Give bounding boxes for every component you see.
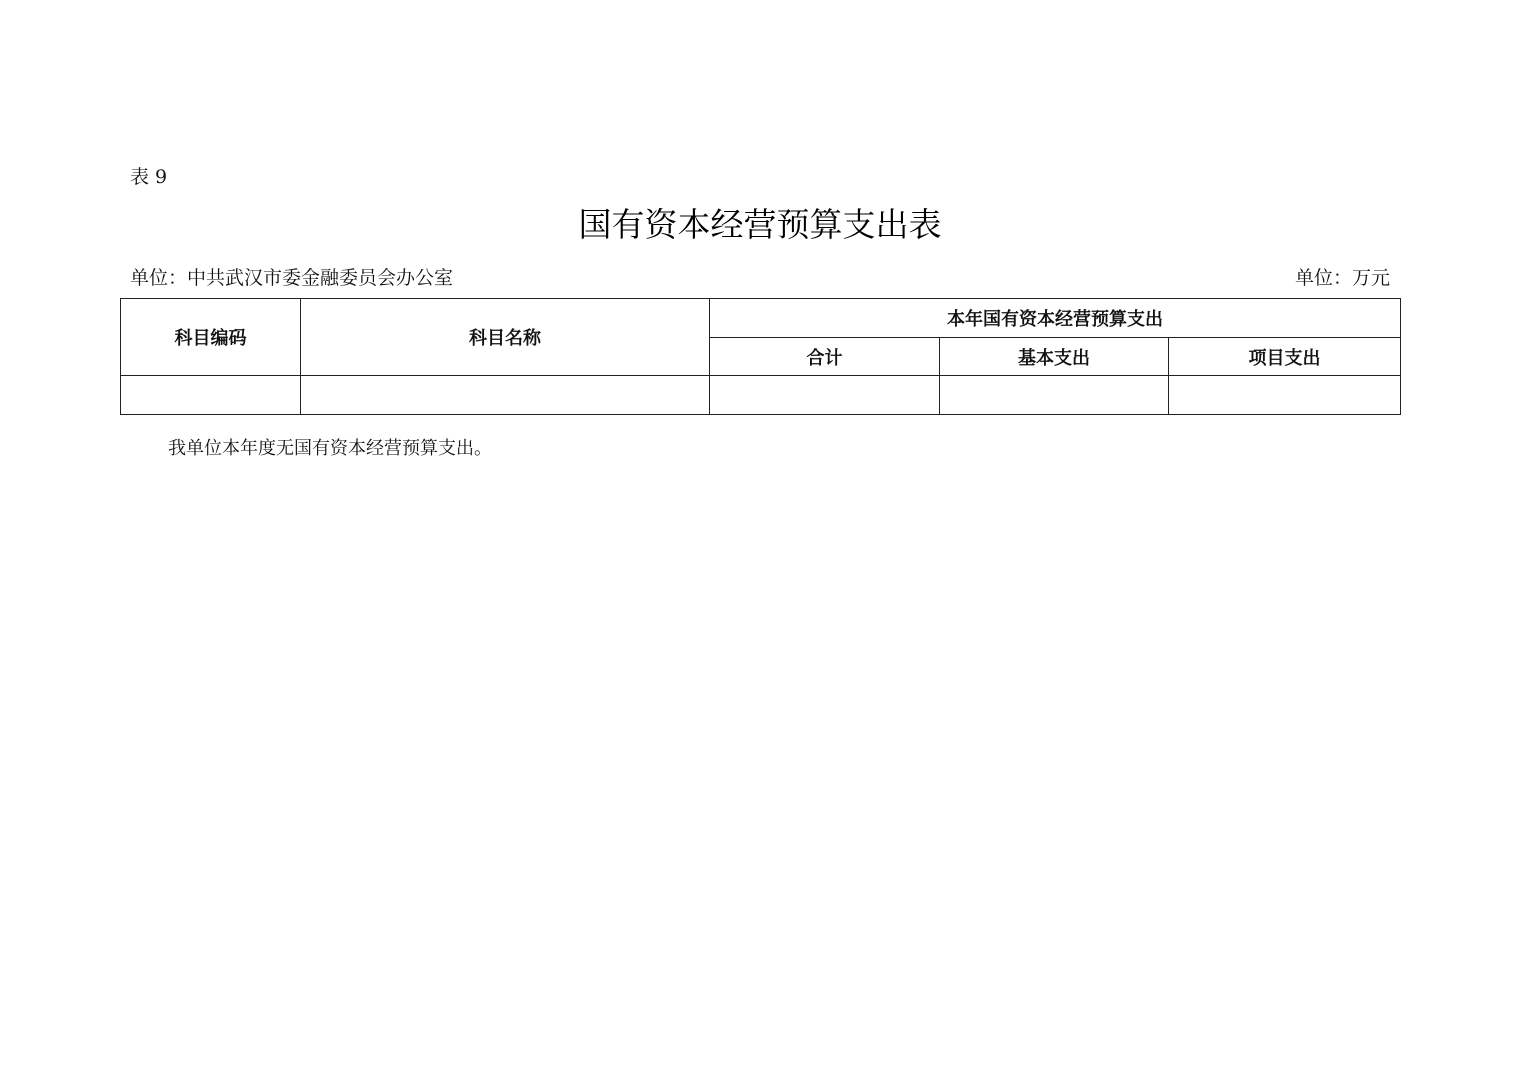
header-subject-code: 科目编码 [121,299,301,376]
currency-unit: 单位：万元 [1295,265,1390,291]
table-number-label: 表 9 [130,165,167,189]
table-row [121,376,1401,415]
cell-subject-name [301,376,710,415]
header-basic-expenditure: 基本支出 [940,338,1169,376]
header-total: 合计 [710,338,940,376]
cell-subject-code [121,376,301,415]
organization-unit: 单位：中共武汉市委金融委员会办公室 [130,265,453,291]
table-header-row: 科目编码 科目名称 本年国有资本经营预算支出 [121,299,1401,338]
cell-total [710,376,940,415]
budget-expenditure-table: 科目编码 科目名称 本年国有资本经营预算支出 合计 基本支出 项目支出 [120,298,1401,415]
header-project-expenditure: 项目支出 [1169,338,1401,376]
cell-basic-expenditure [940,376,1169,415]
header-subject-name: 科目名称 [301,299,710,376]
document-title: 国有资本经营预算支出表 [0,203,1520,247]
header-current-year-expenditure: 本年国有资本经营预算支出 [710,299,1401,338]
explanatory-note: 我单位本年度无国有资本经营预算支出。 [168,437,492,461]
cell-project-expenditure [1169,376,1401,415]
